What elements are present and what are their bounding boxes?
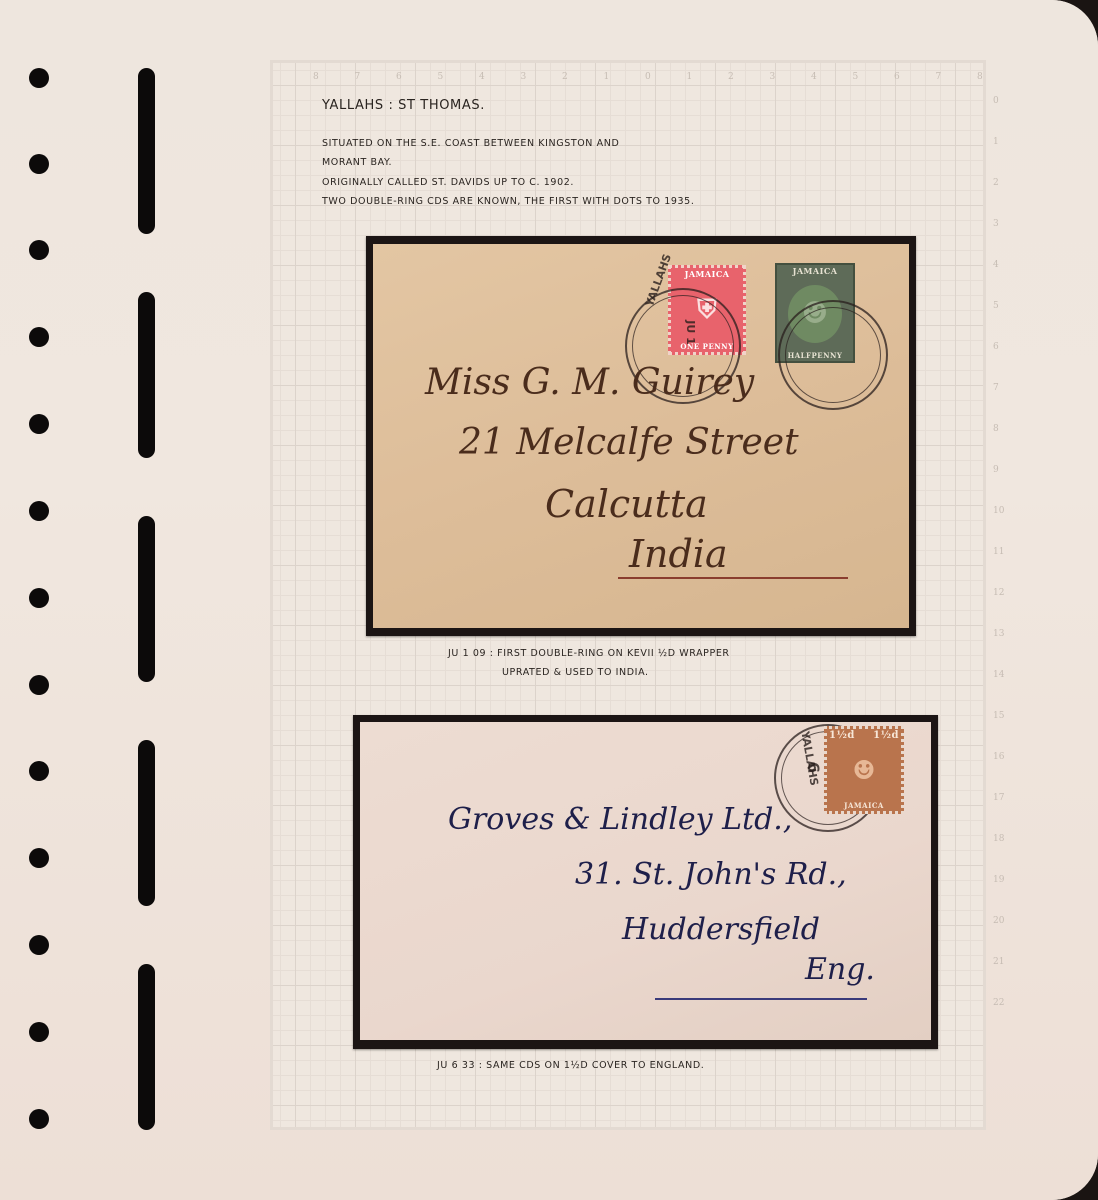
address-line: Huddersfield: [622, 912, 820, 947]
ruler-number: 19: [993, 875, 1004, 885]
ruler-number: 3: [521, 72, 527, 82]
binder-hole: [29, 327, 49, 347]
binder-hole: [29, 935, 49, 955]
binder-hole: [29, 848, 49, 868]
ruler-number: 12: [993, 588, 1004, 598]
address-line: Calcutta: [545, 482, 708, 526]
ruler-number: 2: [562, 72, 568, 82]
cover-caption: JU 1 09 : FIRST DOUBLE-RING ON KEVII ½D …: [448, 648, 730, 659]
binder-hole: [29, 414, 49, 434]
ruler-number: 7: [355, 72, 361, 82]
description-line: ORIGINALLY CALLED ST. DAVIDS UP TO C. 19…: [322, 177, 574, 188]
ruler-number: 6: [396, 72, 402, 82]
postmark-date: JU 1: [684, 320, 697, 345]
ruler-number: 5: [438, 72, 444, 82]
ruler-number: 16: [993, 752, 1004, 762]
ruler-number: 2: [728, 72, 734, 82]
stamp-country: JAMAICA: [683, 268, 732, 280]
king-portrait-icon: ☻: [852, 756, 875, 786]
ruler-number: 2: [993, 178, 999, 188]
address-underline: [618, 577, 848, 579]
stamp-value: 1½d: [873, 730, 899, 741]
stamp-1-5d-kgv: 1½d1½d ☻ JAMAICA: [824, 726, 904, 814]
binder-slot: [138, 292, 155, 458]
ruler-number: 1: [993, 137, 999, 147]
address-line: India: [629, 532, 728, 576]
stamp-country: JAMAICA: [791, 265, 840, 277]
ruler-number: 9: [993, 465, 999, 475]
binder-hole: [29, 588, 49, 608]
binder-hole: [29, 675, 49, 695]
ruler-number: 5: [853, 72, 859, 82]
ruler-number: 1: [687, 72, 693, 82]
ruler-number: 20: [993, 916, 1004, 926]
ruler-number: 8: [993, 424, 999, 434]
cover-caption: JU 6 33 : SAME CDS ON 1½D COVER TO ENGLA…: [437, 1060, 704, 1071]
ruler-number: 5: [993, 301, 999, 311]
ruler-number: 3: [993, 219, 999, 229]
binder-slot: [138, 68, 155, 234]
ruler-number: 11: [993, 547, 1004, 557]
cover-1-wrapper: JAMAICA ⛨ ONE PENNY JAMAICA ☻ HALFPENNY …: [373, 244, 909, 628]
ruler-number: 22: [993, 998, 1004, 1008]
stamp-value: 1½d: [829, 730, 855, 741]
binder-hole: [29, 68, 49, 88]
ruler-number: 7: [936, 72, 942, 82]
address-line: Groves & Lindley Ltd.,: [448, 802, 792, 837]
description-line: TWO DOUBLE-RING CDS ARE KNOWN, THE FIRST…: [322, 196, 694, 207]
cover-2-envelope: YALLAHS 6 1½d1½d ☻ JAMAICA Groves & Lind…: [360, 722, 931, 1040]
address-line: Miss G. M. Guirey: [425, 362, 754, 403]
stamp-country: JAMAICA: [842, 800, 886, 811]
address-line: 31. St. John's Rd.,: [575, 857, 847, 892]
ruler-number: 0: [645, 72, 651, 82]
ruler-number: 4: [993, 260, 999, 270]
binder-hole: [29, 154, 49, 174]
ruler-number: 4: [479, 72, 485, 82]
binder-hole: [29, 501, 49, 521]
ruler-number: 17: [993, 793, 1004, 803]
page-title: YALLAHS : ST THOMAS.: [322, 98, 485, 113]
description-line: MORANT BAY.: [322, 157, 392, 168]
postmark-date: 6: [804, 762, 823, 773]
ruler-number: 8: [313, 72, 319, 82]
address-underline: [655, 998, 867, 1000]
binder-hole: [29, 1022, 49, 1042]
ruler-number: 3: [770, 72, 776, 82]
ruler-number: 7: [993, 383, 999, 393]
ruler-number: 0: [993, 96, 999, 106]
ruler-number: 13: [993, 629, 1004, 639]
ruler-number: 4: [811, 72, 817, 82]
binder-hole: [29, 240, 49, 260]
binder-slot: [138, 516, 155, 682]
binder-slot: [138, 740, 155, 906]
binder-hole: [29, 761, 49, 781]
description-line: SITUATED ON THE S.E. COAST BETWEEN KINGS…: [322, 138, 619, 149]
album-page: 87654321012345678 0123456789101112131415…: [0, 0, 1098, 1200]
postmark-double-ring: [778, 300, 888, 410]
ruler-number: 21: [993, 957, 1004, 967]
ruler-number: 15: [993, 711, 1004, 721]
binder-hole: [29, 1109, 49, 1129]
address-line: 21 Melcalfe Street: [459, 422, 799, 463]
ruler-number: 8: [977, 72, 983, 82]
address-line: Eng.: [805, 952, 875, 987]
ruler-number: 6: [894, 72, 900, 82]
ruler-number: 1: [604, 72, 610, 82]
cover-caption: UPRATED & USED TO INDIA.: [502, 667, 649, 678]
binder-slot: [138, 964, 155, 1130]
ruler-number: 10: [993, 506, 1004, 516]
ruler-number: 6: [993, 342, 999, 352]
ruler-number: 14: [993, 670, 1004, 680]
ruler-number: 18: [993, 834, 1004, 844]
